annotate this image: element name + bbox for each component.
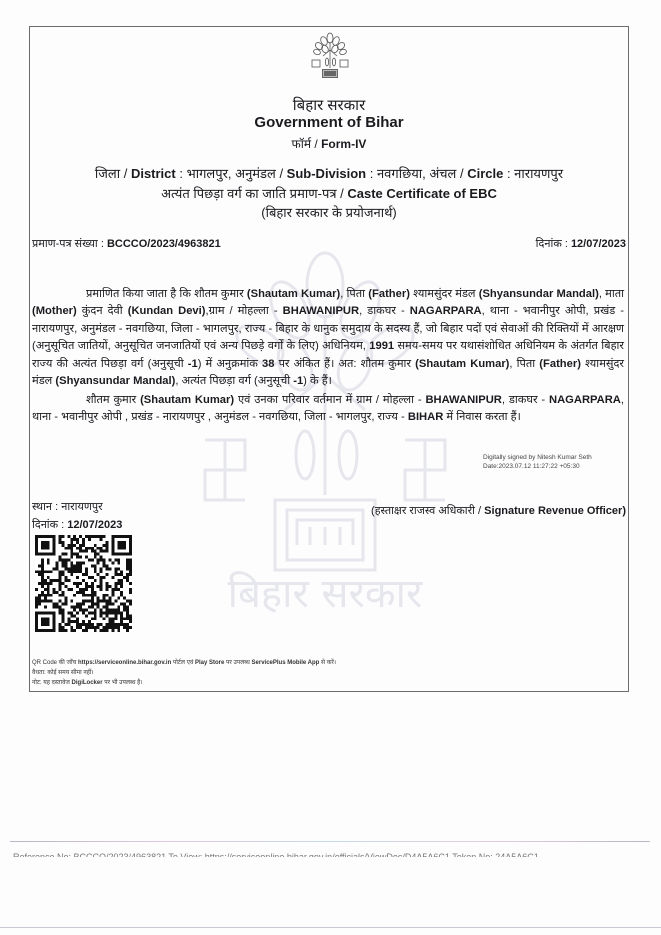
paragraph-segment: (Shautam Kumar) [247, 288, 340, 300]
header-title-english: Government of Bihar [29, 114, 629, 131]
place-line: स्थान : नारायणपुर [32, 498, 122, 516]
certificate-number: प्रमाण-पत्र संख्या : BCCCO/2023/4963821 [32, 236, 221, 251]
certificate-date: दिनांक : 12/07/2023 [536, 236, 626, 251]
paragraph-segment: एवं उनका परिवार वर्तमान में ग्राम / मोहल… [234, 394, 425, 406]
paragraph-segment: (Shyansundar Mandal) [479, 288, 599, 300]
footer-reference: Reference No: BCCCO/2023/4963821 To View… [13, 852, 539, 857]
qr-note-text: से करें। [319, 660, 336, 666]
certificate-title: अत्यंत पिछड़ा वर्ग का जाति प्रमाण-पत्र /… [29, 184, 629, 202]
residence-paragraph-text: शौतम कुमार (Shautam Kumar) एवं उनका परिव… [32, 394, 624, 423]
digital-signature-date: Date:2023.07.12 11:27:22 +05:30 [483, 462, 592, 471]
certificate-date-value: 12/07/2023 [571, 238, 626, 250]
certificate-title-hi: अत्यंत पिछड़ा वर्ग का जाति प्रमाण-पत्र / [161, 186, 347, 201]
paragraph-segment: (Kundan Devi) [128, 305, 206, 317]
digital-signature-block: Digitally signed by Nitesh Kumar Seth Da… [483, 453, 592, 471]
district-label-hi: जिला / [95, 166, 131, 181]
validity-note: वैधता: कोई समय सीमा नहीं। [32, 668, 336, 678]
paragraph-segment: NAGARPARA [410, 305, 482, 317]
paragraph-segment: (Shyansundar Mandal) [55, 375, 175, 387]
paragraph-segment: (Father) [539, 358, 581, 370]
paragraph-segment: BIHAR [408, 411, 443, 423]
paragraph-segment: , अत्यंत पिछड़ा वर्ग (अनुसूची [175, 375, 293, 387]
digilocker-note: नोट: यह दस्तावेज DigiLocker पर भी उपलब्ध… [32, 678, 336, 688]
paragraph-segment: (Shautam Kumar) [415, 358, 509, 370]
subdiv-label-hi: अनुमंडल / [235, 166, 287, 181]
certificate-number-label: प्रमाण-पत्र संख्या : [32, 238, 107, 250]
footer-divider [10, 841, 650, 842]
circle-value: : नारायणपुर [503, 166, 563, 181]
circle-label-hi: अंचल / [429, 166, 467, 181]
paragraph-segment: BHAWANIPUR [283, 305, 359, 317]
paragraph-segment: श्यामसुंदर मंडल [410, 288, 479, 300]
paragraph-segment: (Shautam Kumar) [140, 394, 234, 406]
header-title-hindi: बिहार सरकार [29, 95, 629, 115]
page-bottom-divider [0, 927, 661, 928]
subdiv-value: : नवगछिया, [366, 166, 429, 181]
residence-paragraph: शौतम कुमार (Shautam Kumar) एवं उनका परिव… [32, 392, 624, 427]
form-label-english: Form-IV [321, 137, 366, 151]
certificate-number-value: BCCCO/2023/4963821 [107, 238, 221, 250]
qr-note-text: पोर्टल एवं [171, 660, 195, 666]
verification-url-link[interactable]: https://serviceonline.bihar.gov.in [78, 660, 171, 666]
signature-label: (हस्ताक्षर राजस्व अधिकारी / Signature Re… [371, 503, 626, 518]
qr-note-text: QR Code की जाँच [32, 660, 78, 666]
paragraph-segment: (Father) [368, 288, 410, 300]
place-date-block: स्थान : नारायणपुर दिनांक : 12/07/2023 [32, 498, 122, 534]
paragraph-segment: -1 [188, 358, 198, 370]
paragraph-segment: ) में अनुक्रमांक [198, 358, 262, 370]
certification-paragraph: प्रमाणित किया जाता है कि शौतम कुमार (Sha… [32, 286, 624, 390]
issue-date-value: 12/07/2023 [67, 519, 122, 531]
paragraph-segment: , पिता [340, 288, 368, 300]
paragraph-segment: कुंदन देवी [77, 305, 128, 317]
note-text: नोट: यह दस्तावेज [32, 680, 72, 686]
play-store-text: Play Store [195, 660, 224, 666]
paragraph-segment: , डाकघर - [359, 305, 410, 317]
place-value: नारायणपुर [61, 501, 102, 513]
paragraph-segment: में निवास करता हैं। [443, 411, 521, 423]
qr-note-text: पर उपलब्ध [224, 660, 251, 666]
issue-date-label: दिनांक : [32, 519, 67, 531]
circle-label-en: Circle [467, 166, 503, 181]
place-label: स्थान : [32, 501, 61, 513]
paragraph-segment: , माता [599, 288, 624, 300]
digilocker-text: DigiLocker [72, 680, 103, 686]
paragraph-segment: , डाकघर - [502, 394, 549, 406]
app-name-text: ServicePlus Mobile App [252, 660, 320, 666]
district-value: : भागलपुर, [176, 166, 235, 181]
subdiv-label-en: Sub-Division [287, 166, 366, 181]
paragraph-segment: प्रमाणित किया जाता है कि शौतम कुमार [86, 288, 247, 300]
certificate-title-en: Caste Certificate of EBC [347, 186, 497, 201]
qr-verification-note: QR Code की जाँच https://serviceonline.bi… [32, 658, 336, 668]
footnotes: QR Code की जाँच https://serviceonline.bi… [32, 658, 336, 688]
paragraph-segment: 1991 [369, 340, 394, 352]
paragraph-segment: (Mother) [32, 305, 77, 317]
issue-date-line: दिनांक : 12/07/2023 [32, 516, 122, 534]
form-label-hindi: फॉर्म / [292, 137, 322, 151]
paragraph-segment: 38 [262, 358, 274, 370]
watermark-text: बिहार सरकार [228, 571, 423, 615]
paragraph-segment: शौतम कुमार [86, 394, 140, 406]
paragraph-segment: , पिता [509, 358, 539, 370]
form-label: फॉर्म / Form-IV [29, 135, 629, 152]
paragraph-segment: BHAWANIPUR [425, 394, 501, 406]
paragraph-segment: ,ग्राम / मोहल्ला - [206, 305, 283, 317]
paragraph-segment: -1 [293, 375, 303, 387]
district-line: जिला / District : भागलपुर, अनुमंडल / Sub… [29, 164, 629, 182]
district-label-en: District [131, 166, 176, 181]
purpose-line: (बिहार सरकार के प्रयोजनार्थ) [29, 203, 629, 221]
bihar-emblem-icon [307, 30, 353, 80]
certification-paragraph-text: प्रमाणित किया जाता है कि शौतम कुमार (Sha… [32, 288, 624, 387]
paragraph-segment: ) के हैं। [303, 375, 332, 387]
signature-label-hi: (हस्ताक्षर राजस्व अधिकारी / [371, 505, 484, 517]
paragraph-segment: पर अंकित हैं। अत: शौतम कुमार [274, 358, 415, 370]
certificate-date-label: दिनांक : [536, 238, 571, 250]
digital-signature-signer: Digitally signed by Nitesh Kumar Seth [483, 453, 592, 462]
note-text: पर भी उपलब्ध है। [103, 680, 143, 686]
qr-code[interactable] [35, 535, 132, 632]
paragraph-segment: NAGARPARA [549, 394, 621, 406]
signature-label-en: Signature Revenue Officer) [484, 505, 626, 517]
